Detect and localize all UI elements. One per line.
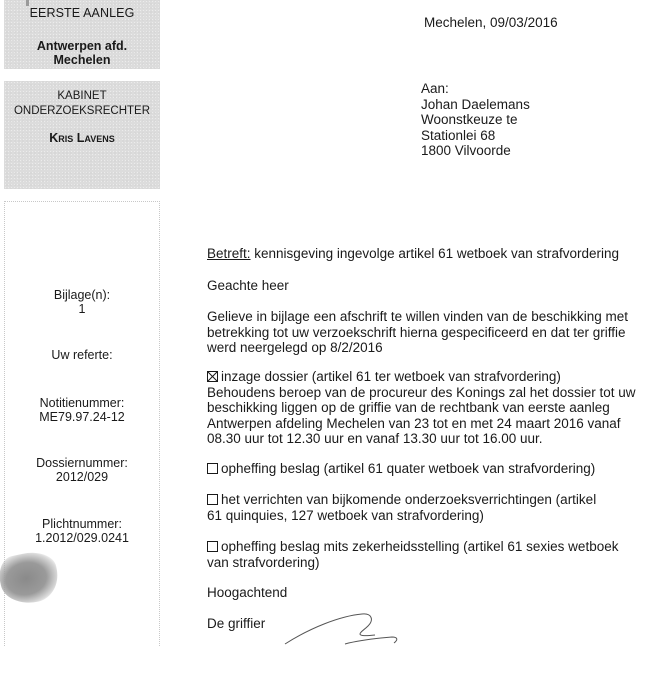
attachments-value: 1 [5,302,159,316]
notice-number-label: Notitienummer: [5,396,159,410]
option-inspect-dossier: inzage dossier (artikel 61 ter wetboek v… [207,369,647,447]
notice-number-value: ME79.97.24-12 [5,410,159,424]
subject-text: kennisgeving ingevolge artikel 61 wetboe… [251,246,619,261]
recipient-name: Johan Daelemans [421,97,530,113]
checkbox-checked-icon[interactable] [207,371,218,382]
cabinet-label-line1: KABINET [4,89,160,104]
court-header-box: EERSTE AANLEG Antwerpen afd. Mechelen [4,0,160,69]
option-title: opheffing beslag (artikel 61 quater wetb… [221,461,595,476]
scan-mark [26,0,29,6]
option-title: inzage dossier (artikel 61 ter wetboek v… [221,369,561,384]
intro-line: betrekking tot uw verzoekschrift hierna … [207,325,647,341]
option-detail-line: 08.30 uur tot 12.30 uur en vanaf 13.30 u… [207,431,647,447]
option-detail-line: Antwerpen afdeling Mechelen van 23 tot e… [207,416,647,432]
checkbox-empty-icon[interactable] [207,541,218,552]
option-title: opheffing beslag mits zekerheidsstelling… [221,539,618,554]
subject-line: Betreft: kennisgeving ingevolge artikel … [207,246,619,262]
option-additional-investigation: het verrichten van bijkomende onderzoeks… [207,492,647,523]
court-location-line2: Mechelen [4,53,160,67]
cabinet-box: KABINET ONDERZOEKSRECHTER Kris Lavens [4,81,160,189]
your-reference-label: Uw referte: [5,348,159,362]
intro-paragraph: Gelieve in bijlage een afschrift te will… [207,309,647,356]
judge-name: Kris Lavens [4,131,160,145]
duty-number-label: Plichtnummer: [5,517,159,531]
intro-line: Gelieve in bijlage een afschrift te will… [207,309,647,325]
recipient-label: Aan: [421,81,530,97]
recipient-line2: Woonstkeuze te [421,112,530,128]
signatory: De griffier [207,616,265,632]
notice-number-info: Notitienummer: ME79.97.24-12 [5,396,159,424]
attachments-label: Bijlage(n): [5,288,159,302]
subject-label: Betreft: [207,246,251,261]
court-level: EERSTE AANLEG [4,6,160,20]
dossier-number-value: 2012/029 [5,470,159,484]
option-title-line2: van strafvordering) [207,555,647,571]
place-date: Mechelen, 09/03/2016 [424,15,558,31]
dossier-number-label: Dossiernummer: [5,456,159,470]
greeting: Geachte heer [207,278,289,294]
cabinet-label: KABINET ONDERZOEKSRECHTER [4,89,160,119]
option-lift-seizure-with-security: opheffing beslag mits zekerheidsstelling… [207,539,647,570]
signature-icon [280,610,410,650]
your-reference-info: Uw referte: [5,348,159,362]
duty-number-value: 1.2012/029.0241 [5,531,159,545]
checkbox-empty-icon[interactable] [207,463,218,474]
duty-number-info: Plichtnummer: 1.2012/029.0241 [5,517,159,545]
option-detail-line: Behoudens beroep van de procureur des Ko… [207,385,647,401]
dossier-number-info: Dossiernummer: 2012/029 [5,456,159,484]
court-location: Antwerpen afd. Mechelen [4,39,160,67]
recipient-street: Stationlei 68 [421,128,530,144]
recipient-city: 1800 Vilvoorde [421,143,530,159]
closing: Hoogachtend [207,585,287,601]
cabinet-label-line2: ONDERZOEKSRECHTER [4,104,160,119]
option-lift-seizure: opheffing beslag (artikel 61 quater wetb… [207,461,647,477]
attachments-info: Bijlage(n): 1 [5,288,159,316]
option-title-line2: 61 quinquies, 127 wetboek van strafvorde… [207,508,647,524]
option-title: het verrichten van bijkomende onderzoeks… [221,492,596,507]
intro-line: werd neergelegd op 8/2/2016 [207,340,647,356]
checkbox-empty-icon[interactable] [207,494,218,505]
option-detail-line: beschikking liggen op de griffie van de … [207,400,647,416]
recipient-address: Aan: Johan Daelemans Woonstkeuze te Stat… [421,81,530,159]
court-location-line1: Antwerpen afd. [4,39,160,53]
